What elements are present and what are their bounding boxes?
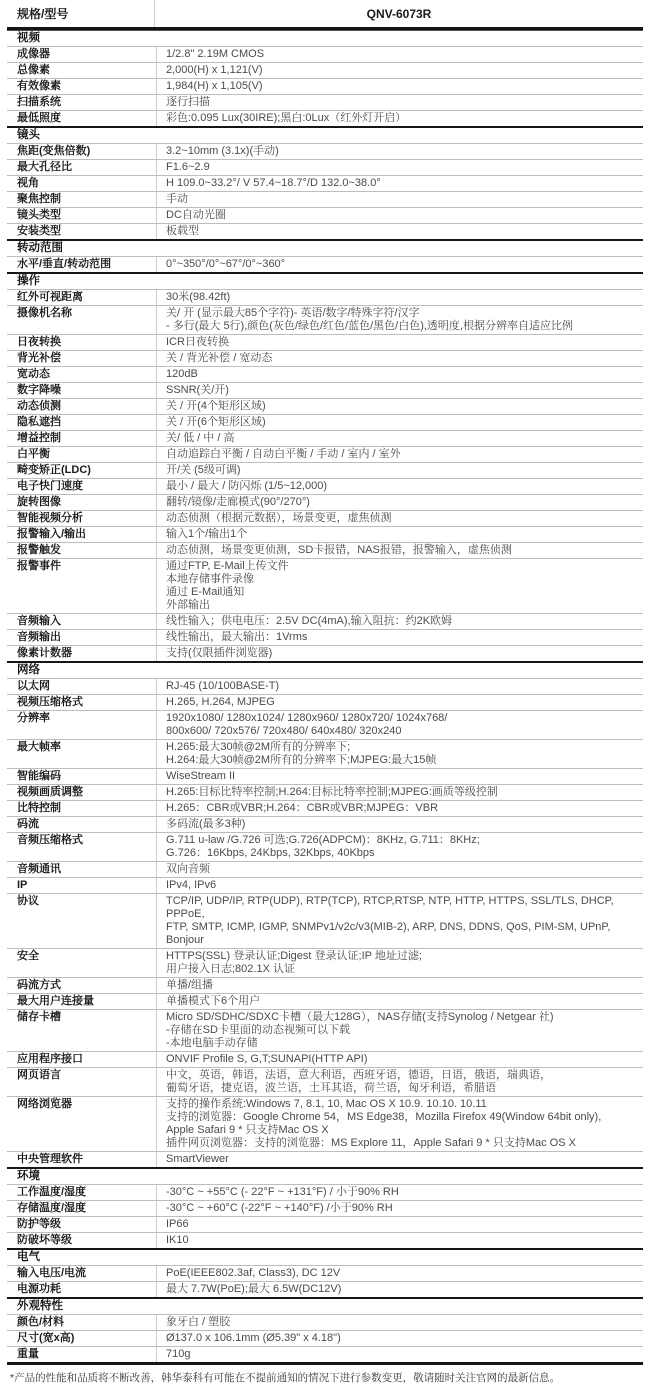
row-value: 关/ 低 / 中 / 高	[156, 431, 643, 446]
table-row: 协议TCP/IP, UDP/IP, RTP(UDP), RTP(TCP), RT…	[7, 893, 643, 948]
row-value-line: RJ-45 (10/100BASE-T)	[166, 680, 639, 693]
row-value: 输入1个/输出1个	[156, 527, 643, 542]
row-label: 协议	[7, 894, 156, 948]
row-label: 最大孔径比	[7, 160, 156, 175]
table-row: 报警事件通过FTP, E-Mail上传文件本地存储事件录像通过 E-Mail通知…	[7, 558, 643, 613]
row-value-line: Apple Safari 9 * 只支持Mac OS X	[166, 1124, 639, 1137]
table-row: 以太网RJ-45 (10/100BASE-T)	[7, 678, 643, 694]
row-value: 关 / 背光补偿 / 宽动态	[156, 351, 643, 366]
row-value: 2,000(H) x 1,121(V)	[156, 63, 643, 78]
row-label: 中央管理软件	[7, 1152, 156, 1167]
row-label: 旋转图像	[7, 495, 156, 510]
table-row: 网络浏览器支持的操作系统:Windows 7, 8.1, 10, Mac OS …	[7, 1096, 643, 1151]
row-value-line: 本地存储事件录像	[166, 573, 639, 586]
row-value: 手动	[156, 192, 643, 207]
table-row: 重量710g	[7, 1346, 643, 1362]
row-value-line: -本地电脑手动存储	[166, 1037, 639, 1050]
row-value-line: 1/2.8" 2.19M CMOS	[166, 48, 639, 61]
table-row: 应用程序接口ONVIF Profile S, G,T;SUNAPI(HTTP A…	[7, 1051, 643, 1067]
row-label: 码流方式	[7, 978, 156, 993]
row-value-line: 逐行扫描	[166, 96, 639, 109]
section-header: 视频	[7, 30, 643, 46]
row-value-line: 象牙白 / 塑胶	[166, 1316, 639, 1329]
row-value: 双向音频	[156, 862, 643, 877]
table-row: 分辨率1920x1080/ 1280x1024/ 1280x960/ 1280x…	[7, 710, 643, 739]
row-value: WiseStream II	[156, 769, 643, 784]
row-value: 翻转/镜像/走廊模式(90°/270°)	[156, 495, 643, 510]
row-value-line: 1,984(H) x 1,105(V)	[166, 80, 639, 93]
row-value: IPv4, IPv6	[156, 878, 643, 893]
row-value: TCP/IP, UDP/IP, RTP(UDP), RTP(TCP), RTCP…	[156, 894, 643, 948]
row-label: 增益控制	[7, 431, 156, 446]
table-row: 比特控制H.265：CBR或VBR;H.264：CBR或VBR;MJPEG：VB…	[7, 800, 643, 816]
row-value-line: 1920x1080/ 1280x1024/ 1280x960/ 1280x720…	[166, 712, 639, 725]
table-row: 输入电压/电流PoE(IEEE802.3af, Class3), DC 12V	[7, 1265, 643, 1281]
row-value-line: F1.6~2.9	[166, 161, 639, 174]
table-row: IPIPv4, IPv6	[7, 877, 643, 893]
row-value-line: 多码流(最多3种)	[166, 818, 639, 831]
table-row: 报警触发动态侦测，场景变更侦测，SD卡报错，NAS报错，报警输入，虚焦侦测	[7, 542, 643, 558]
row-label: 红外可视距离	[7, 290, 156, 305]
table-row: 总像素2,000(H) x 1,121(V)	[7, 62, 643, 78]
row-value: G.711 u-law /G.726 可选;G.726(ADPCM)：8KHz,…	[156, 833, 643, 861]
row-label: 应用程序接口	[7, 1052, 156, 1067]
row-label: 智能编码	[7, 769, 156, 784]
row-value: H 109.0~33.2°/ V 57.4~18.7°/D 132.0~38.0…	[156, 176, 643, 191]
table-row: 增益控制关/ 低 / 中 / 高	[7, 430, 643, 446]
row-label: 安全	[7, 949, 156, 977]
row-value-line: 支持(仅限插件浏览器)	[166, 647, 639, 660]
table-row: 最低照度彩色:0.095 Lux(30IRE);黑白:0Lux（红外灯开启）	[7, 110, 643, 126]
row-label: 视频压缩格式	[7, 695, 156, 710]
row-value-line: 关/ 开 (显示最大85个字符)- 英语/数字/特殊字符/汉字	[166, 307, 639, 320]
row-value-line: DC自动光圈	[166, 209, 639, 222]
row-label: 以太网	[7, 679, 156, 694]
row-value-line: WiseStream II	[166, 770, 639, 783]
row-value: IP66	[156, 1217, 643, 1232]
row-value-line: 动态侦测（根据元数据），场景变更，虚焦侦测	[166, 512, 639, 525]
row-value-line: 最小 / 最大 / 防闪烁 (1/5~12,000)	[166, 480, 639, 493]
table-row: 视角H 109.0~33.2°/ V 57.4~18.7°/D 132.0~38…	[7, 175, 643, 191]
table-row: 智能视频分析动态侦测（根据元数据），场景变更，虚焦侦测	[7, 510, 643, 526]
row-value: PoE(IEEE802.3af, Class3), DC 12V	[156, 1266, 643, 1281]
row-value: 单播/组播	[156, 978, 643, 993]
row-label: 电子快门速度	[7, 479, 156, 494]
table-row: 码流多码流(最多3种)	[7, 816, 643, 832]
row-value-line: HTTPS(SSL) 登录认证;Digest 登录认证;IP 地址过滤;	[166, 950, 639, 963]
row-label: 储存卡槽	[7, 1010, 156, 1051]
row-value-line: 支持的浏览器：Google Chrome 54，MS Edge38，Mozill…	[166, 1111, 639, 1124]
row-value-line: IP66	[166, 1218, 639, 1231]
row-value-line: 输入1个/输出1个	[166, 528, 639, 541]
table-row: 尺寸(宽x高)Ø137.0 x 106.1mm (Ø5.39" x 4.18")	[7, 1330, 643, 1346]
table-row: 防破坏等级IK10	[7, 1232, 643, 1248]
row-value-line: IK10	[166, 1234, 639, 1247]
row-label: 摄像机名称	[7, 306, 156, 334]
row-value: HTTPS(SSL) 登录认证;Digest 登录认证;IP 地址过滤;用户接入…	[156, 949, 643, 977]
table-row: 储存卡槽Micro SD/SDHC/SDXC卡槽（最大128G），NAS存储(支…	[7, 1009, 643, 1051]
row-label: 报警触发	[7, 543, 156, 558]
row-label: 电源功耗	[7, 1282, 156, 1297]
row-value: 1/2.8" 2.19M CMOS	[156, 47, 643, 62]
table-row: 聚焦控制手动	[7, 191, 643, 207]
row-value-line: 最大 7.7W(PoE);最大 6.5W(DC12V)	[166, 1283, 639, 1296]
row-value: 单播模式下6个用户	[156, 994, 643, 1009]
table-header-row: 规格/型号 QNV-6073R	[7, 0, 643, 30]
row-value-line: 0°~350°/0°~67°/0°~360°	[166, 258, 639, 271]
row-value-line: 板载型	[166, 225, 639, 238]
row-value-line: 30米(98.42ft)	[166, 291, 639, 304]
row-label: 宽动态	[7, 367, 156, 382]
table-row: 畸变矫正(LDC)开/关 (5级可调)	[7, 462, 643, 478]
table-row: 最大用户连接量单播模式下6个用户	[7, 993, 643, 1009]
row-value: 关 / 开(4个矩形区域)	[156, 399, 643, 414]
row-label: 比特控制	[7, 801, 156, 816]
row-value-line: 双向音频	[166, 863, 639, 876]
table-row: 有效像素1,984(H) x 1,105(V)	[7, 78, 643, 94]
row-label: 颜色/材料	[7, 1315, 156, 1330]
row-value: 最小 / 最大 / 防闪烁 (1/5~12,000)	[156, 479, 643, 494]
table-row: 安装类型板载型	[7, 223, 643, 239]
row-value-line: 葡萄牙语，捷克语，波兰语，土耳其语，荷兰语，匈牙利语，希腊语	[166, 1082, 639, 1095]
row-value-line: 线性输出，最大输出：1Vrms	[166, 631, 639, 644]
table-row: 智能编码WiseStream II	[7, 768, 643, 784]
table-row: 音频输入线性输入；供电电压：2.5V DC(4mA),输入阻抗：约2K欧姆	[7, 613, 643, 629]
row-value-line: 线性输入；供电电压：2.5V DC(4mA),输入阻抗：约2K欧姆	[166, 615, 639, 628]
row-value: 1,984(H) x 1,105(V)	[156, 79, 643, 94]
row-label: 视频画质调整	[7, 785, 156, 800]
row-value-line: G.726：16Kbps, 24Kbps, 32Kbps, 40Kbps	[166, 847, 639, 860]
row-label: 隐私遮挡	[7, 415, 156, 430]
table-row: 水平/垂直/转动范围0°~350°/0°~67°/0°~360°	[7, 256, 643, 272]
row-value-line: 彩色:0.095 Lux(30IRE);黑白:0Lux（红外灯开启）	[166, 112, 639, 125]
row-value: 3.2~10mm (3.1x)(手动)	[156, 144, 643, 159]
row-label: 网络浏览器	[7, 1097, 156, 1151]
row-label: 最大帧率	[7, 740, 156, 768]
row-value: H.265：CBR或VBR;H.264：CBR或VBR;MJPEG：VBR	[156, 801, 643, 816]
table-row: 日夜转换ICR日夜转换	[7, 334, 643, 350]
row-label: 输入电压/电流	[7, 1266, 156, 1281]
row-value: 支持的操作系统:Windows 7, 8.1, 10, Mac OS X 10.…	[156, 1097, 643, 1151]
row-value: F1.6~2.9	[156, 160, 643, 175]
row-label: 音频输出	[7, 630, 156, 645]
row-value-line: Ø137.0 x 106.1mm (Ø5.39" x 4.18")	[166, 1332, 639, 1345]
row-label: 码流	[7, 817, 156, 832]
table-row: 中央管理软件SmartViewer	[7, 1151, 643, 1167]
table-row: 旋转图像翻转/镜像/走廊模式(90°/270°)	[7, 494, 643, 510]
row-label: 安装类型	[7, 224, 156, 239]
section-header: 镜头	[7, 126, 643, 143]
table-row: 像素计数器支持(仅限插件浏览器)	[7, 645, 643, 661]
table-row: 动态侦测关 / 开(4个矩形区域)	[7, 398, 643, 414]
row-label: 防破坏等级	[7, 1233, 156, 1248]
table-row: 红外可视距离30米(98.42ft)	[7, 289, 643, 305]
row-value: 关 / 开(6个矩形区域)	[156, 415, 643, 430]
row-label: 报警输入/输出	[7, 527, 156, 542]
row-label: 焦距(变焦倍数)	[7, 144, 156, 159]
row-value-line: 710g	[166, 1348, 639, 1361]
row-value: 0°~350°/0°~67°/0°~360°	[156, 257, 643, 272]
row-value: Ø137.0 x 106.1mm (Ø5.39" x 4.18")	[156, 1331, 643, 1346]
table-row: 报警输入/输出输入1个/输出1个	[7, 526, 643, 542]
row-value: Micro SD/SDHC/SDXC卡槽（最大128G），NAS存储(支持Syn…	[156, 1010, 643, 1051]
row-value: H.265:最大30帧@2M所有的分辨率下;H.264:最大30帧@2M所有的分…	[156, 740, 643, 768]
table-row: 焦距(变焦倍数)3.2~10mm (3.1x)(手动)	[7, 143, 643, 159]
row-label: 动态侦测	[7, 399, 156, 414]
table-row: 音频通讯双向音频	[7, 861, 643, 877]
spec-table: 视频成像器1/2.8" 2.19M CMOS总像素2,000(H) x 1,12…	[7, 30, 643, 1365]
row-value: -30°C ~ +55°C (- 22°F ~ +131°F) / 小于90% …	[156, 1185, 643, 1200]
row-value: H.265, H.264, MJPEG	[156, 695, 643, 710]
row-label: 成像器	[7, 47, 156, 62]
table-row: 宽动态120dB	[7, 366, 643, 382]
row-label: 像素计数器	[7, 646, 156, 661]
row-value: 象牙白 / 塑胶	[156, 1315, 643, 1330]
row-value-line: 关/ 低 / 中 / 高	[166, 432, 639, 445]
section-header: 环境	[7, 1167, 643, 1184]
row-value-line: 通过 E-Mail通知	[166, 586, 639, 599]
row-value-line: 翻转/镜像/走廊模式(90°/270°)	[166, 496, 639, 509]
row-label: 白平衡	[7, 447, 156, 462]
table-row: 最大帧率H.265:最大30帧@2M所有的分辨率下;H.264:最大30帧@2M…	[7, 739, 643, 768]
row-value: 动态侦测，场景变更侦测，SD卡报错，NAS报错，报警输入，虚焦侦测	[156, 543, 643, 558]
table-row: 背光补偿关 / 背光补偿 / 宽动态	[7, 350, 643, 366]
row-value-line: 800x600/ 720x576/ 720x480/ 640x480/ 320x…	[166, 725, 639, 738]
row-value-line: 支持的操作系统:Windows 7, 8.1, 10, Mac OS X 10.…	[166, 1098, 639, 1111]
row-label: 音频输入	[7, 614, 156, 629]
row-value: RJ-45 (10/100BASE-T)	[156, 679, 643, 694]
row-value-line: 外部输出	[166, 599, 639, 612]
row-value: 通过FTP, E-Mail上传文件本地存储事件录像通过 E-Mail通知外部输出	[156, 559, 643, 613]
row-value: 710g	[156, 1347, 643, 1362]
table-row: 音频压缩格式G.711 u-law /G.726 可选;G.726(ADPCM)…	[7, 832, 643, 861]
row-value-line: 插件网页浏览器：支持的浏览器：MS Explore 11，Apple Safar…	[166, 1137, 639, 1150]
table-row: 网页语言中文，英语，韩语，法语，意大利语，西班牙语，德语，日语，俄语，瑞典语，葡…	[7, 1067, 643, 1096]
table-row: 颜色/材料象牙白 / 塑胶	[7, 1314, 643, 1330]
row-label: 总像素	[7, 63, 156, 78]
row-value-line: 中文，英语，韩语，法语，意大利语，西班牙语，德语，日语，俄语，瑞典语，	[166, 1069, 639, 1082]
table-row: 成像器1/2.8" 2.19M CMOS	[7, 46, 643, 62]
model-number: QNV-6073R	[154, 0, 643, 27]
row-label: 音频通讯	[7, 862, 156, 877]
row-value: 彩色:0.095 Lux(30IRE);黑白:0Lux（红外灯开启）	[156, 111, 643, 126]
row-value: 中文，英语，韩语，法语，意大利语，西班牙语，德语，日语，俄语，瑞典语，葡萄牙语，…	[156, 1068, 643, 1096]
row-value-line: 2,000(H) x 1,121(V)	[166, 64, 639, 77]
row-label: 音频压缩格式	[7, 833, 156, 861]
row-value-line: 手动	[166, 193, 639, 206]
section-header: 网络	[7, 661, 643, 678]
row-value-line: ONVIF Profile S, G,T;SUNAPI(HTTP API)	[166, 1053, 639, 1066]
row-label: IP	[7, 878, 156, 893]
row-label: 扫描系统	[7, 95, 156, 110]
row-value: 1920x1080/ 1280x1024/ 1280x960/ 1280x720…	[156, 711, 643, 739]
row-label: 报警事件	[7, 559, 156, 613]
table-row: 数字降噪SSNR(关/开)	[7, 382, 643, 398]
row-value-line: G.711 u-law /G.726 可选;G.726(ADPCM)：8KHz,…	[166, 834, 639, 847]
row-value-line: 用户接入日志;802.1X 认证	[166, 963, 639, 976]
row-value: IK10	[156, 1233, 643, 1248]
row-value: 线性输入；供电电压：2.5V DC(4mA),输入阻抗：约2K欧姆	[156, 614, 643, 629]
row-value-line: -存储在SD卡里面的动态视频可以下载	[166, 1024, 639, 1037]
row-value-line: 3.2~10mm (3.1x)(手动)	[166, 145, 639, 158]
row-label: 背光补偿	[7, 351, 156, 366]
row-value-line: H 109.0~33.2°/ V 57.4~18.7°/D 132.0~38.0…	[166, 177, 639, 190]
table-row: 音频输出线性输出，最大输出：1Vrms	[7, 629, 643, 645]
row-value-line: -30°C ~ +60°C (-22°F ~ +140°F) /小于90% RH	[166, 1202, 639, 1215]
row-label: 工作温度/湿度	[7, 1185, 156, 1200]
section-header: 外观特性	[7, 1297, 643, 1314]
row-label: 存储温度/湿度	[7, 1201, 156, 1216]
row-label: 有效像素	[7, 79, 156, 94]
row-value: ONVIF Profile S, G,T;SUNAPI(HTTP API)	[156, 1052, 643, 1067]
row-value: 自动追踪白平衡 / 自动白平衡 / 手动 / 室内 / 室外	[156, 447, 643, 462]
table-row: 镜头类型DC自动光圈	[7, 207, 643, 223]
row-value-line: FTP, SMTP, ICMP, IGMP, SNMPv1/v2c/v3(MIB…	[166, 921, 639, 947]
table-row: 电子快门速度最小 / 最大 / 防闪烁 (1/5~12,000)	[7, 478, 643, 494]
row-label: 尺寸(宽x高)	[7, 1331, 156, 1346]
row-label: 数字降噪	[7, 383, 156, 398]
row-value: 板载型	[156, 224, 643, 239]
spec-sheet: 规格/型号 QNV-6073R 视频成像器1/2.8" 2.19M CMOS总像…	[0, 0, 650, 1385]
row-value-line: H.265, H.264, MJPEG	[166, 696, 639, 709]
row-value-line: IPv4, IPv6	[166, 879, 639, 892]
row-value: SmartViewer	[156, 1152, 643, 1167]
row-value-line: H.264:最大30帧@2M所有的分辨率下;MJPEG:最大15帧	[166, 754, 639, 767]
section-header: 操作	[7, 272, 643, 289]
row-value: H.265:目标比特率控制;H.264:目标比特率控制;MJPEG:画质等级控制	[156, 785, 643, 800]
row-value: ICR日夜转换	[156, 335, 643, 350]
row-value: 线性输出，最大输出：1Vrms	[156, 630, 643, 645]
row-value: 动态侦测（根据元数据），场景变更，虚焦侦测	[156, 511, 643, 526]
row-label: 网页语言	[7, 1068, 156, 1096]
row-value: 关/ 开 (显示最大85个字符)- 英语/数字/特殊字符/汉字- 多行(最大 5…	[156, 306, 643, 334]
row-label: 畸变矫正(LDC)	[7, 463, 156, 478]
row-value: DC自动光圈	[156, 208, 643, 223]
row-value-line: PoE(IEEE802.3af, Class3), DC 12V	[166, 1267, 639, 1280]
table-row: 电源功耗最大 7.7W(PoE);最大 6.5W(DC12V)	[7, 1281, 643, 1297]
row-label: 最低照度	[7, 111, 156, 126]
row-label: 分辨率	[7, 711, 156, 739]
row-value-line: 自动追踪白平衡 / 自动白平衡 / 手动 / 室内 / 室外	[166, 448, 639, 461]
row-value-line: 开/关 (5级可调)	[166, 464, 639, 477]
row-label: 智能视频分析	[7, 511, 156, 526]
section-header: 电气	[7, 1248, 643, 1265]
row-value: -30°C ~ +60°C (-22°F ~ +140°F) /小于90% RH	[156, 1201, 643, 1216]
row-label: 防护等级	[7, 1217, 156, 1232]
row-value-line: 关 / 开(6个矩形区域)	[166, 416, 639, 429]
row-value-line: 通过FTP, E-Mail上传文件	[166, 560, 639, 573]
spec-label: 规格/型号	[7, 0, 154, 27]
row-value-line: 关 / 开(4个矩形区域)	[166, 400, 639, 413]
row-value-line: 单播模式下6个用户	[166, 995, 639, 1008]
row-value: 多码流(最多3种)	[156, 817, 643, 832]
table-row: 安全HTTPS(SSL) 登录认证;Digest 登录认证;IP 地址过滤;用户…	[7, 948, 643, 977]
table-row: 摄像机名称关/ 开 (显示最大85个字符)- 英语/数字/特殊字符/汉字- 多行…	[7, 305, 643, 334]
footnote: *产品的性能和品质将不断改善，韩华泰科有可能在不提前通知的情况下进行参数变更，敬…	[7, 1372, 643, 1385]
row-label: 聚焦控制	[7, 192, 156, 207]
row-value: 支持(仅限插件浏览器)	[156, 646, 643, 661]
table-row: 最大孔径比F1.6~2.9	[7, 159, 643, 175]
table-row: 视频画质调整H.265:目标比特率控制;H.264:目标比特率控制;MJPEG:…	[7, 784, 643, 800]
row-value-line: H.265：CBR或VBR;H.264：CBR或VBR;MJPEG：VBR	[166, 802, 639, 815]
row-label: 重量	[7, 1347, 156, 1362]
row-value-line: - 多行(最大 5行),颜色(灰色/绿色/红色/蓝色/黑色/白色),透明度,根据…	[166, 320, 639, 333]
table-row: 存储温度/湿度-30°C ~ +60°C (-22°F ~ +140°F) /小…	[7, 1200, 643, 1216]
table-row: 码流方式单播/组播	[7, 977, 643, 993]
row-value: SSNR(关/开)	[156, 383, 643, 398]
row-label: 日夜转换	[7, 335, 156, 350]
table-row: 防护等级IP66	[7, 1216, 643, 1232]
row-value-line: -30°C ~ +55°C (- 22°F ~ +131°F) / 小于90% …	[166, 1186, 639, 1199]
row-value: 120dB	[156, 367, 643, 382]
row-value: 30米(98.42ft)	[156, 290, 643, 305]
row-label: 视角	[7, 176, 156, 191]
row-value-line: TCP/IP, UDP/IP, RTP(UDP), RTP(TCP), RTCP…	[166, 895, 639, 921]
table-row: 工作温度/湿度-30°C ~ +55°C (- 22°F ~ +131°F) /…	[7, 1184, 643, 1200]
row-value: 最大 7.7W(PoE);最大 6.5W(DC12V)	[156, 1282, 643, 1297]
table-row: 白平衡自动追踪白平衡 / 自动白平衡 / 手动 / 室内 / 室外	[7, 446, 643, 462]
row-value-line: H.265:最大30帧@2M所有的分辨率下;	[166, 741, 639, 754]
row-value-line: SSNR(关/开)	[166, 384, 639, 397]
table-row: 隐私遮挡关 / 开(6个矩形区域)	[7, 414, 643, 430]
row-value-line: 单播/组播	[166, 979, 639, 992]
row-value-line: 关 / 背光补偿 / 宽动态	[166, 352, 639, 365]
row-label: 最大用户连接量	[7, 994, 156, 1009]
row-value-line: SmartViewer	[166, 1153, 639, 1166]
row-value: 开/关 (5级可调)	[156, 463, 643, 478]
row-value: 逐行扫描	[156, 95, 643, 110]
row-label: 水平/垂直/转动范围	[7, 257, 156, 272]
row-label: 镜头类型	[7, 208, 156, 223]
row-value-line: 动态侦测，场景变更侦测，SD卡报错，NAS报错，报警输入，虚焦侦测	[166, 544, 639, 557]
table-row: 扫描系统逐行扫描	[7, 94, 643, 110]
row-value-line: Micro SD/SDHC/SDXC卡槽（最大128G），NAS存储(支持Syn…	[166, 1011, 639, 1024]
table-row: 视频压缩格式H.265, H.264, MJPEG	[7, 694, 643, 710]
row-value-line: H.265:目标比特率控制;H.264:目标比特率控制;MJPEG:画质等级控制	[166, 786, 639, 799]
section-header: 转动范围	[7, 239, 643, 256]
row-value-line: ICR日夜转换	[166, 336, 639, 349]
row-value-line: 120dB	[166, 368, 639, 381]
